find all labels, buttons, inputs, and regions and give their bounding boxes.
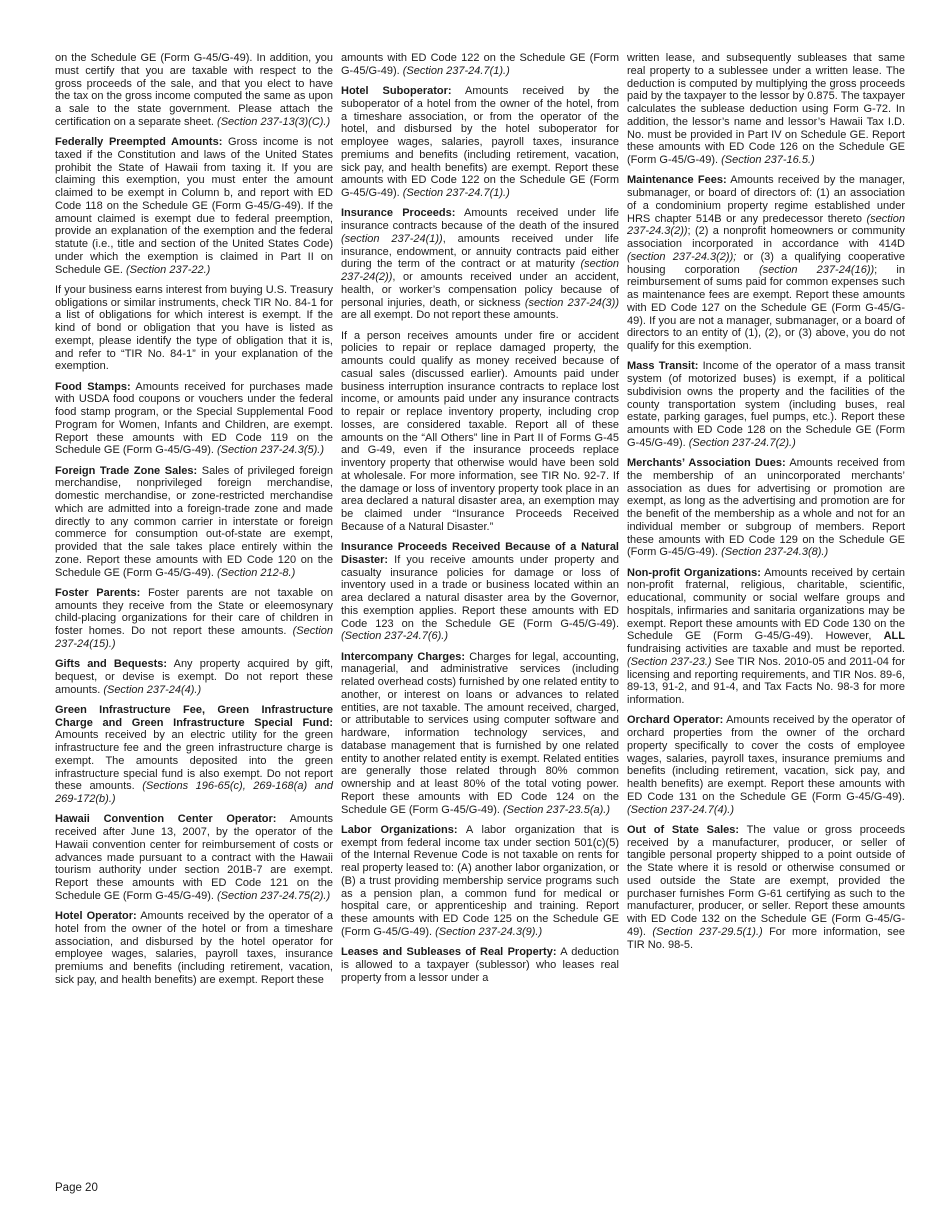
paragraph: Merchants’ Association Dues: Amounts rec… [627,457,905,559]
paragraph: Hotel Suboperator: Amounts received by t… [341,85,619,200]
term-label: Insurance Proceeds: [341,207,455,219]
citation-text: (Section 237-24.7(6).) [341,630,448,642]
text-run: Amounts received by the operator of orch… [627,714,905,803]
text-run: Amounts received from the membership of … [627,457,905,558]
citation-text: (section 237-24(3)) [525,297,619,309]
paragraph: Out of State Sales: The value or gross p… [627,824,905,952]
paragraph: Labor Organizations: A labor organizatio… [341,824,619,939]
paragraph: Foreign Trade Zone Sales: Sales of privi… [55,465,333,580]
paragraph: If a person receives amounts under fire … [341,330,619,534]
text-run: fundraising activities are taxable and m… [627,643,905,655]
term-label: Merchants’ Association Dues: [627,457,786,469]
text-run: The value or gross proceeds received by … [627,824,905,938]
text-columns: on the Schedule GE (Form G-45/G-49). In … [55,52,905,994]
paragraph: Intercompany Charges: Charges for legal,… [341,651,619,817]
text-run: written lease, and subsequently sublease… [627,52,905,166]
paragraph: on the Schedule GE (Form G-45/G-49). In … [55,52,333,129]
citation-text: (Section 237-29.5(1).) [652,926,762,938]
term-label: Leases and Subleases of Real Property: [341,946,556,958]
term-label: Foreign Trade Zone Sales: [55,465,197,477]
text-run: Gross income is not taxed if the Constit… [55,136,333,276]
paragraph: Foster Parents: Foster parents are not t… [55,587,333,651]
term-label: Hotel Operator: [55,910,137,922]
paragraph: Leases and Subleases of Real Property: A… [341,946,619,984]
text-run: If your business earns interest from buy… [55,284,333,373]
text-run: Amounts received after June 13, 2007, by… [55,813,333,902]
term-label: Foster Parents: [55,587,140,599]
page-number: Page 20 [55,1182,98,1194]
citation-text: (Section 237-24.7(1).) [403,187,510,199]
text-run: If a person receives amounts under fire … [341,330,619,533]
text-run: Sales of privileged foreign merchandise,… [55,465,333,579]
term-label: Hotel Suboperator: [341,85,452,97]
citation-text: (Section 237-24.7(4).) [627,804,734,816]
paragraph: Insurance Proceeds Received Because of a… [341,541,619,643]
paragraph: Federally Preempted Amounts: Gross incom… [55,136,333,276]
paragraph: Maintenance Fees: Amounts received by th… [627,174,905,353]
term-label: Intercompany Charges: [341,651,465,663]
text-run: Charges for legal, accounting, manageria… [341,651,619,816]
citation-text: (Section 237-24.3(8).) [721,546,828,558]
citation-text: (section 237-24(1)) [341,233,443,245]
term-label: Maintenance Fees: [627,174,727,186]
citation-text: (Section 237-24.3(5).) [217,444,324,456]
paragraph: amounts with ED Code 122 on the Schedule… [341,52,619,78]
citation-text: (Section 237-24.7(2).) [689,437,796,449]
paragraph: Insurance Proceeds: Amounts received und… [341,207,619,322]
paragraph: Hawaii Convention Center Operator: Amoun… [55,813,333,902]
citation-text: (Section 237-24(4).) [103,684,201,696]
paragraph: Non-profit Organizations: Amounts receiv… [627,567,905,707]
term-label: Non-profit Organizations: [627,567,761,579]
citation-text: (Section 237-24.75(2).) [217,890,330,902]
citation-text: (section 237-24(16)) [759,264,874,276]
text-column-right: written lease, and subsequently sublease… [627,52,905,994]
citation-text: (Section 237-13(3)(C).) [217,116,330,128]
paragraph: Green Infrastructure Fee, Green Infrastr… [55,704,333,806]
term-label: Food Stamps: [55,381,131,393]
paragraph: Food Stamps: Amounts received for purcha… [55,381,333,458]
term-label: Green Infrastructure Fee, Green Infrastr… [55,704,333,729]
paragraph: Gifts and Bequests: Any property acquire… [55,658,333,696]
document-page: on the Schedule GE (Form G-45/G-49). In … [0,0,950,1230]
paragraph: written lease, and subsequently sublease… [627,52,905,167]
text-run: Amounts received by the suboperator of a… [341,85,619,199]
term-label: Orchard Operator: [627,714,723,726]
text-column-left: on the Schedule GE (Form G-45/G-49). In … [55,52,333,994]
citation-text: (Section 237-22.) [126,264,210,276]
paragraph: Hotel Operator: Amounts received by the … [55,910,333,987]
term-label: Out of State Sales: [627,824,739,836]
citation-text: (Section 237-24.3(9).) [435,926,542,938]
citation-text: (Section 237-16.5.) [721,154,815,166]
term-label: Gifts and Bequests: [55,658,167,670]
citation-text: (Section 212-8.) [217,567,295,579]
citation-text: (section 237-24.3(2)); [627,251,736,263]
text-run: ; in reimbursement of sums paid for comm… [627,264,905,353]
text-run: Income of the operator of a mass transit… [627,360,905,449]
paragraph: Mass Transit: Income of the operator of … [627,360,905,449]
text-run: are all exempt. Do not report these amou… [341,309,559,321]
paragraph: Orchard Operator: Amounts received by th… [627,714,905,816]
citation-text: (Section 237-24.7(1).) [403,65,510,77]
term-label: Labor Organizations: [341,824,458,836]
paragraph: If your business earns interest from buy… [55,284,333,373]
citation-text: (Section 237-23.) [627,656,712,668]
text-column-middle: amounts with ED Code 122 on the Schedule… [341,52,619,994]
term-label: Hawaii Convention Center Operator: [55,813,276,825]
term-label: ALL [884,630,905,642]
citation-text: (Section 237-23.5(a).) [503,804,610,816]
text-run: A labor organization that is exempt from… [341,824,619,938]
term-label: Federally Preempted Amounts: [55,136,222,148]
term-label: Mass Transit: [627,360,698,372]
